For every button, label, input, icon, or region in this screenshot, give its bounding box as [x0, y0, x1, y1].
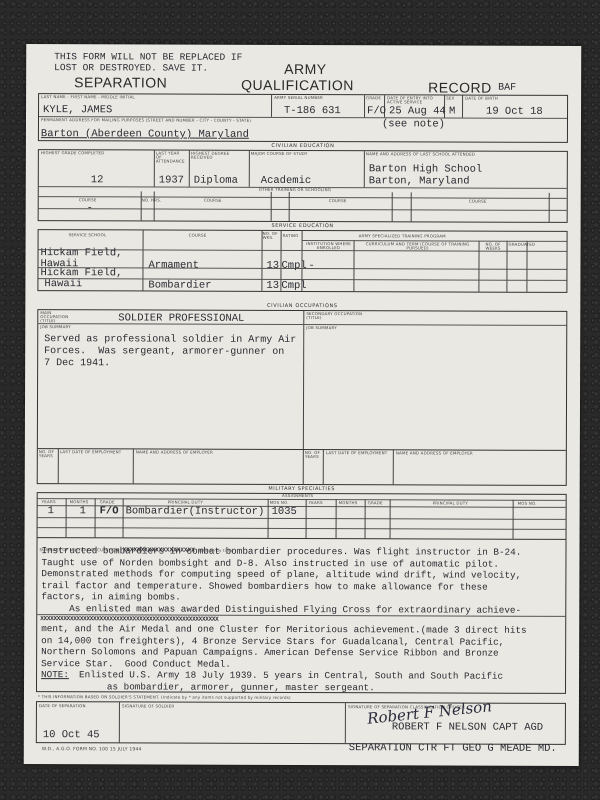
form-number: W.D., A.G.O. FORM NO. 100 15 July 1944 — [42, 748, 142, 752]
label-main-occupation: MAIN OCCUPATION (TITLE) — [40, 311, 80, 323]
field-address: Barton (Aberdeen County) Maryland — [41, 128, 249, 141]
personal-info-box: LAST NAME - FIRST NAME - MIDDLE INITIAL … — [38, 93, 568, 143]
label-degree: HIGHEST DEGREE RECEIVED — [191, 152, 246, 160]
label-separation-date: DATE OF SEPARATION — [39, 704, 86, 708]
field-ms-mos: 1035 — [272, 506, 297, 518]
note-label: NOTE: — [41, 669, 69, 680]
label-institution: INSTITUTION WHERE ENROLLED — [305, 242, 353, 250]
label-ms-duty-2: PRINCIPAL DUTY — [433, 501, 468, 505]
field-summary-text: Instructed bombardiers in combat bombard… — [41, 545, 521, 616]
field-highest-grade: 12 — [91, 174, 104, 186]
field-school-line1: Barton High School — [369, 163, 482, 175]
label-ms-grade: GRADE — [100, 500, 115, 504]
label-years-1: NO. OF YEARS — [39, 450, 57, 458]
field-entry-note: (see note) — [382, 118, 445, 130]
label-ms-duty: PRINCIPAL DUTY — [168, 501, 203, 505]
label-ms-months: MONTHS — [70, 500, 89, 504]
label-highest-grade: HIGHEST GRADE COMPLETED — [41, 151, 105, 155]
label-job-summary-1: JOB SUMMARY — [40, 325, 71, 329]
field-ms-years: 1 — [48, 505, 54, 517]
label-graduated: GRADUATED — [509, 243, 536, 247]
field-school-line2: Barton, Maryland — [369, 175, 470, 187]
label-soldier-signature: SIGNATURE OF SOLDIER — [122, 704, 174, 708]
label-employer-2: NAME AND ADDRESS OF EMPLOYER — [396, 451, 473, 455]
label-serial: ARMY SERIAL NUMBER — [274, 96, 323, 100]
field-sex: M — [449, 106, 455, 118]
signature-box: DATE OF SEPARATION SIGNATURE OF SOLDIER … — [36, 701, 566, 745]
label-school: NAME AND ADDRESS OF LAST SCHOOL ATTENDED — [366, 152, 475, 156]
label-service-school: SERVICE SCHOOL — [69, 233, 107, 237]
field-other-course: - — [87, 202, 93, 214]
label-rating: RATING — [283, 234, 299, 238]
service-row-1-weeks: 13 — [266, 260, 279, 272]
service-row-2-school: Hickam Field, Hawaii — [40, 268, 122, 290]
label-ms-years-2: YEARS — [309, 501, 323, 505]
label-employer-1: NAME AND ADDRESS OF EMPLOYER — [136, 450, 213, 454]
title-separation: SEPARATION — [74, 74, 167, 90]
field-summary-text-2: ment, and the Air Medal and one Cluster … — [41, 623, 527, 671]
service-row-2-weeks: 13 — [266, 280, 279, 292]
title-army: ARMY — [284, 61, 327, 77]
warning-text: THIS FORM WILL NOT BE REPLACED IF LOST O… — [54, 51, 242, 74]
field-degree: Diploma — [194, 175, 238, 187]
label-ms-years: YEARS — [42, 500, 56, 504]
separation-qualification-record: THIS FORM WILL NOT BE REPLACED IF LOST O… — [24, 44, 582, 766]
label-course-4: COURSE — [469, 200, 487, 204]
label-address: PERMANENT ADDRESS FOR MAILING PURPOSES (… — [41, 118, 251, 123]
label-name: LAST NAME - FIRST NAME - MIDDLE INITIAL — [41, 95, 135, 99]
field-note-text: Enlisted U.S. Army 18 July 1939. 5 years… — [79, 669, 503, 693]
label-ms-mos: MOS NO. — [270, 501, 289, 505]
label-dob: DATE OF BIRTH — [465, 97, 498, 101]
service-row-2-rating: Cmpl — [281, 280, 306, 292]
field-officer-name: ROBERT F NELSON CAPT AGD — [392, 721, 543, 734]
label-ms-mos-2: MOS NO. — [518, 502, 537, 506]
label-curriculum: CURRICULUM AND TERM (COURSE OF TRAINING … — [359, 242, 477, 250]
title-qualification: QUALIFICATION — [241, 77, 354, 93]
label-last-date-1: LAST DATE OF EMPLOYMENT — [60, 450, 130, 454]
label-ms-grade-2: GRADE — [368, 501, 383, 505]
record-suffix: BAF — [498, 83, 516, 94]
label-astp: ARMY SPECIALIZED TRAINING PROGRAM — [359, 234, 446, 238]
label-other-training: OTHER TRAINING OR SCHOOLING — [259, 188, 331, 192]
warning-line-2: LOST OR DESTROYED. SAVE IT. — [54, 62, 242, 74]
label-hrs-1: NO. HRS. — [142, 198, 162, 202]
field-name: KYLE, JAMES — [43, 104, 112, 116]
label-service-course: COURSE — [189, 234, 207, 238]
label-assignments: ASSIGNMENTS — [258, 494, 338, 498]
civilian-occupations-box: MAIN OCCUPATION (TITLE) SOLDIER PROFESSI… — [37, 309, 568, 486]
field-major: Academic — [261, 175, 311, 187]
label-grade: GRADE — [366, 96, 381, 100]
label-weeks: NO. OF WKS. — [263, 232, 281, 240]
label-astp-weeks: NO. OF WEEKS — [481, 243, 506, 251]
field-separation-date: 10 Oct 45 — [43, 729, 100, 741]
label-major: MAJOR COURSE OF STUDY — [251, 152, 308, 156]
label-years-2: NO. OF YEARS — [305, 451, 323, 459]
field-entry-date: 25 Aug 44 — [389, 105, 446, 117]
struck-line: XXXXXXXXXXXXXXXXXXXXXXXXXXXXXXXXXXXXXXXX… — [40, 615, 218, 623]
field-serial: T-186 631 — [284, 105, 341, 117]
footer-statement: * THIS INFORMATION BASED ON SOLDIER'S ST… — [38, 695, 291, 700]
label-course-2: COURSE — [204, 199, 222, 203]
field-officer-station: SEPARATION CTR FT GEO G MEADE MD. — [349, 742, 557, 755]
warning-line-1: THIS FORM WILL NOT BE REPLACED IF — [54, 51, 242, 63]
label-secondary-occupation: SECONDARY OCCUPATION (TITLE) — [306, 312, 366, 320]
label-course-3: COURSE — [329, 199, 347, 203]
field-dob: 19 Oct 18 — [486, 106, 543, 118]
label-last-date-2: LAST DATE OF EMPLOYMENT — [326, 451, 392, 455]
title-record: RECORD — [428, 79, 492, 95]
field-main-occupation: SOLDIER PROFESSIONAL — [118, 312, 244, 324]
service-row-1-institution: - — [308, 260, 314, 272]
label-sex: SEX — [446, 96, 454, 100]
field-grade: F/O — [367, 105, 386, 117]
service-row-2-school-line2: Hawaii — [40, 279, 122, 290]
label-entry: DATE OF ENTRY INTO ACTIVE SERVICE — [387, 96, 443, 104]
field-ms-grade: F/O — [100, 505, 119, 517]
label-last-year: LAST YEAR OF ATTENDANCE — [156, 151, 186, 163]
field-last-year: 1937 — [159, 174, 184, 186]
field-ms-months: 1 — [80, 505, 86, 517]
field-job-summary: Served as professional soldier in Army A… — [44, 334, 296, 371]
service-education-box: SERVICE SCHOOL COURSE NO. OF WKS. RATING… — [37, 229, 567, 293]
label-ms-months-2: MONTHS — [339, 501, 358, 505]
field-ms-duty: Bombardier(Instructor) — [126, 505, 265, 517]
service-row-1-rating: Cmpl — [281, 260, 306, 272]
military-specialties-box: ASSIGNMENTS YEARS MONTHS GRADE PRINCIPAL… — [36, 492, 567, 694]
service-row-2-course: Bombardier — [148, 279, 211, 291]
label-job-summary-2: JOB SUMMARY — [306, 326, 337, 330]
service-row-1-course: Armament — [148, 259, 198, 271]
civilian-education-box: HIGHEST GRADE COMPLETED LAST YEAR OF ATT… — [38, 149, 568, 223]
